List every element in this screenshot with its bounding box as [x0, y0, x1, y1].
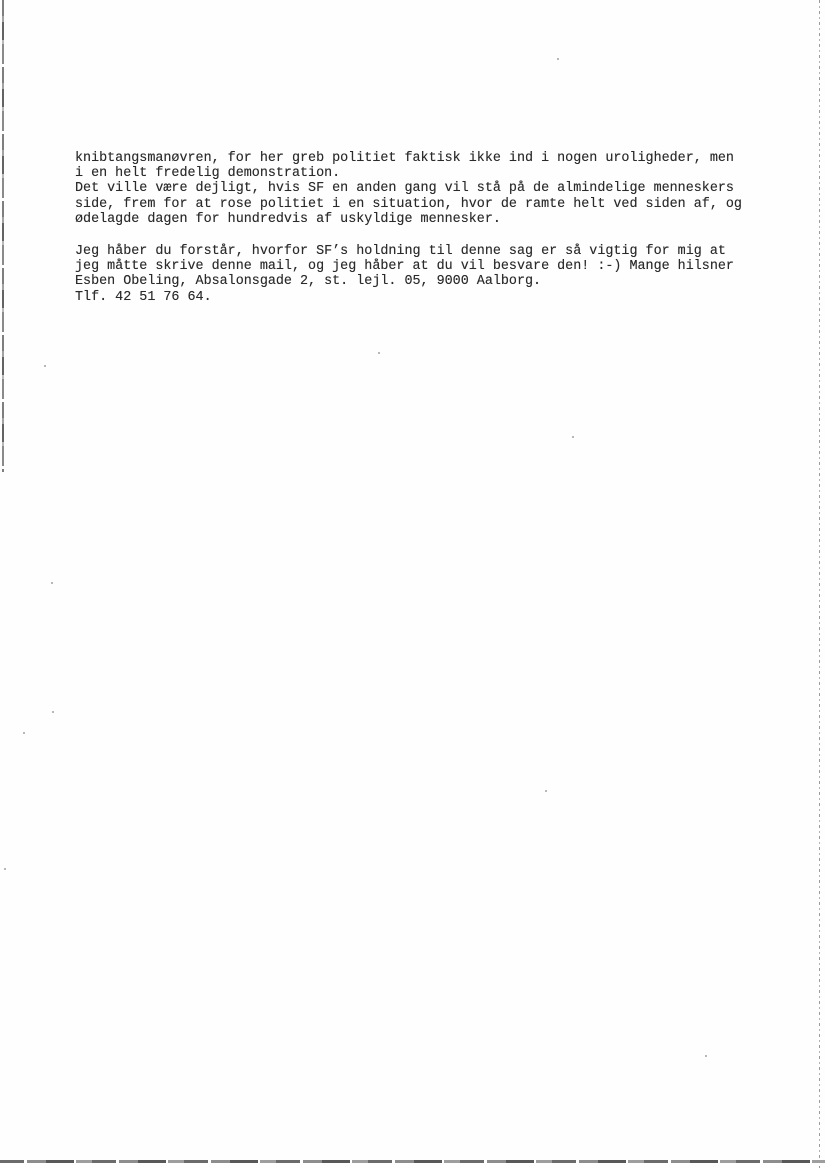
scan-speck — [23, 732, 25, 734]
scan-artifact-right-edge — [819, 0, 820, 1168]
scan-artifact-left-edge — [2, 0, 4, 472]
scan-speck — [572, 436, 574, 438]
letter-paragraph-2: Jeg håber du forstår, hvorfor SF’s holdn… — [75, 244, 742, 305]
letter-line: Jeg håber du forstår, hvorfor SF’s holdn… — [75, 244, 742, 259]
letter-paragraph-1: knibtangsmanøvren, for her greb politiet… — [75, 151, 742, 227]
scan-speck — [705, 1055, 707, 1057]
letter-line: i en helt fredelig demonstration. — [75, 166, 742, 181]
letter-body: knibtangsmanøvren, for her greb politiet… — [75, 151, 742, 305]
scan-speck — [545, 790, 547, 792]
scanned-letter-page: knibtangsmanøvren, for her greb politiet… — [0, 0, 825, 1168]
scan-speck — [52, 711, 54, 713]
scan-speck — [557, 58, 559, 60]
scan-artifact-bottom-edge — [0, 1160, 825, 1163]
scan-speck — [44, 365, 46, 367]
scan-speck — [4, 868, 6, 870]
letter-line: Esben Obeling, Absalonsgade 2, st. lejl.… — [75, 274, 742, 289]
scan-speck — [378, 352, 380, 354]
letter-line: knibtangsmanøvren, for her greb politiet… — [75, 151, 742, 166]
letter-line: side, frem for at rose politiet i en sit… — [75, 197, 742, 212]
letter-line: jeg måtte skrive denne mail, og jeg håbe… — [75, 259, 742, 274]
letter-line: Tlf. 42 51 76 64. — [75, 290, 742, 305]
letter-line: Det ville være dejligt, hvis SF en anden… — [75, 181, 742, 196]
scan-speck — [51, 582, 53, 584]
letter-line: ødelagde dagen for hundredvis af uskyldi… — [75, 212, 742, 227]
